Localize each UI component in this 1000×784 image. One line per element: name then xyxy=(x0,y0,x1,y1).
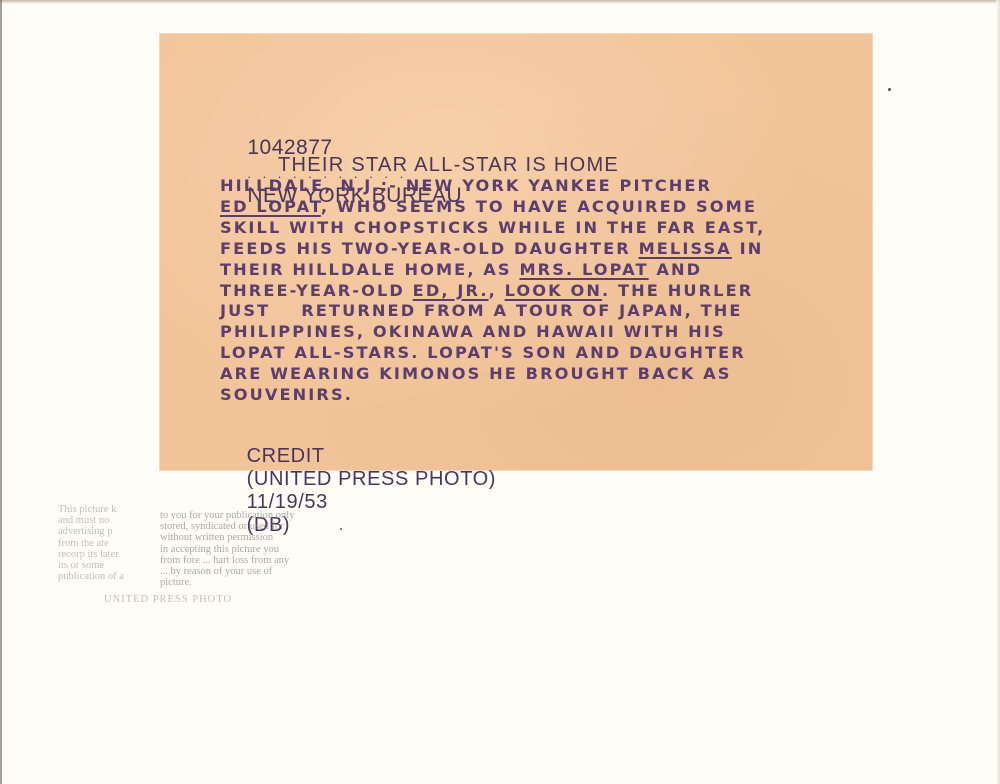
card-left-edge xyxy=(0,0,2,784)
caption-line: SKILL WITH CHOPSTICKS WHILE IN THE FAR E… xyxy=(220,218,765,239)
underlined-name: ED LOPAT xyxy=(220,197,321,216)
underlined-name: MRS. LOPAT xyxy=(519,260,648,279)
caption-line: SOUVENIRS. xyxy=(220,385,765,406)
caption-line: HILLDALE, N.J.:- NEW YORK YANKEE PITCHER xyxy=(220,176,765,197)
caption-slip: 1042877 . . . . . . . . . . . NEW YORK B… xyxy=(160,34,872,470)
card-top-edge xyxy=(0,0,1000,4)
credit-source: (UNITED PRESS PHOTO) xyxy=(247,468,496,490)
caption-line: PHILIPPINES, OKINAWA AND HAWAII WITH HIS xyxy=(220,322,765,343)
caption-line: JUST RETURNED FROM A TOUR OF JAPAN, THE xyxy=(220,301,765,322)
credit-label: CREDIT xyxy=(247,445,325,467)
card-right-edge xyxy=(996,0,1000,784)
stamp-left-fragments: This picture k and must no advertising p… xyxy=(58,504,124,582)
caption-line: ARE WEARING KIMONOS HE BROUGHT BACK AS xyxy=(220,364,765,385)
headline: THEIR STAR ALL-STAR IS HOME xyxy=(278,154,619,177)
underlined-name: MELISSA xyxy=(639,239,732,258)
caption-line: THREE-YEAR-OLD ED, JR., LOOK ON. THE HUR… xyxy=(220,281,765,302)
copyright-stamp: This picture k and must no advertising p… xyxy=(56,500,326,610)
caption-line: LOPAT ALL-STARS. LOPAT'S SON AND DAUGHTE… xyxy=(220,343,765,364)
caption-line: THEIR HILLDALE HOME, AS MRS. LOPAT AND xyxy=(220,260,765,281)
underlined-name: ED, JR. xyxy=(413,281,489,300)
dust-speck xyxy=(888,88,891,91)
caption-line: FEEDS HIS TWO-YEAR-OLD DAUGHTER MELISSA … xyxy=(220,239,765,260)
underlined-name: LOOK ON xyxy=(505,281,602,300)
caption-body: HILLDALE, N.J.:- NEW YORK YANKEE PITCHER… xyxy=(220,176,765,406)
stamp-footer: UNITED PRESS PHOTO xyxy=(104,594,232,605)
stamp-usage-text: to you for your publication only stored,… xyxy=(160,510,294,588)
dust-speck xyxy=(340,528,342,530)
caption-line: ED LOPAT, WHO SEEMS TO HAVE ACQUIRED SOM… xyxy=(220,197,765,218)
